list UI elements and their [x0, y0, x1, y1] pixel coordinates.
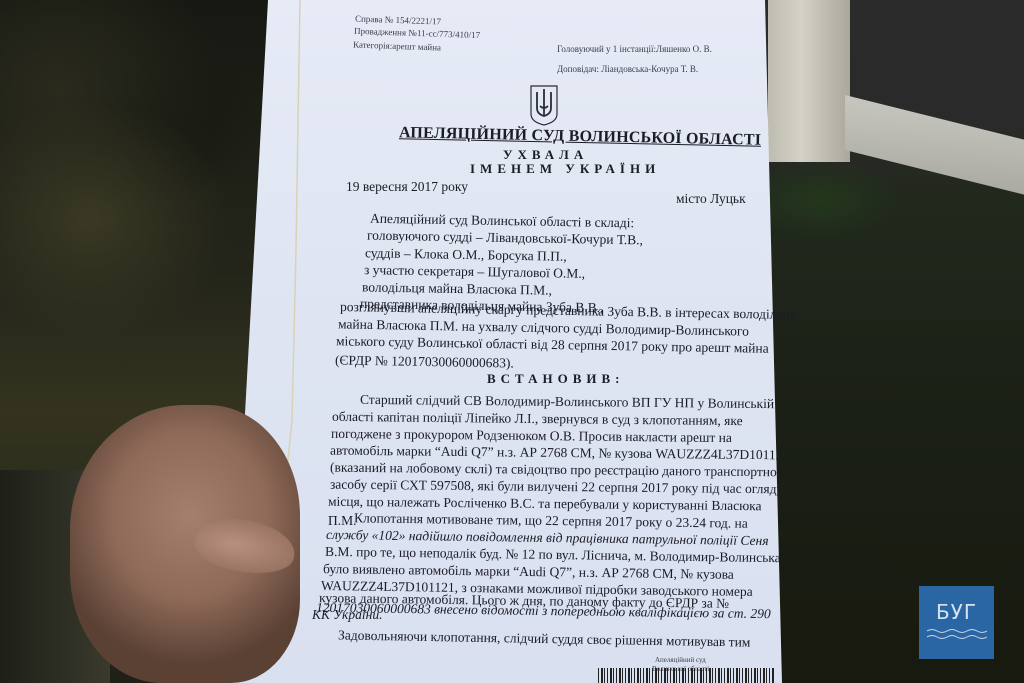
paragraph-line: області капітан поліції Ліпейко Л.І., зв… [332, 410, 743, 428]
composition-line: з участю секретаря – Шугалової О.М., [364, 263, 585, 280]
paragraph-line: погоджене з прокурором Родзенюком О.В. П… [331, 427, 732, 445]
composition-line: головуючого судді – Лівандовської-Кочури… [367, 229, 643, 247]
paragraph-line: Старший слідчий СВ Володимир-Волинського… [360, 393, 774, 411]
paragraph-line: КК України. [312, 608, 382, 622]
document-city: місто Луцьк [676, 192, 746, 206]
watermark-label: БУГ [936, 600, 977, 624]
case-number: Справа № 154/2221/17 [355, 15, 441, 27]
watermark-logo: БУГ [919, 586, 994, 659]
in-name-of-ukraine: ІМЕНЕМ УКРАЇНИ [470, 162, 660, 175]
proceeding-number: Провадження №11-сс/773/410/17 [354, 27, 480, 40]
composition-line: володільця майна Власюка П.М., [362, 280, 552, 297]
first-instance-judge: Головуючий у 1 інстанції:Ляшенко О. В. [557, 45, 712, 54]
composition-line: Апеляційний суд Волинської області в скл… [370, 212, 634, 230]
rapporteur: Доповідач: Ліандовська-Кочура Т. В. [557, 65, 698, 74]
case-category: Категорія:арешт майна [353, 40, 441, 52]
established-heading: ВСТАНОВИВ: [487, 372, 624, 385]
paragraph-line: автомобіль марки “Audi Q7” н.з. АР 2768 … [330, 444, 789, 462]
considered-line: (ЄРДР № 12017030060000683). [335, 353, 514, 370]
document: Справа № 154/2221/17 Провадження №11-сс/… [0, 0, 1024, 683]
trident-icon [528, 84, 560, 126]
waves-icon [927, 628, 987, 640]
document-date: 19 вересня 2017 року [346, 180, 468, 194]
court-name: АПЕЛЯЦІЙНИЙ СУД ВОЛИНСЬКОЇ ОБЛАСТІ [399, 125, 761, 149]
document-type: УХВАЛА [503, 148, 588, 161]
paragraph-line: (вказаний на лобовому склі) та свідоцтво… [330, 461, 789, 479]
paragraph-line: засобу серії СХТ 597508, які були вилуче… [330, 478, 783, 496]
paragraph-line: Задовольняючи клопотання, слідчий суддя … [338, 628, 751, 649]
composition-line: суддів – Клока О.М., Борсука П.П., [365, 246, 567, 263]
barcode [598, 668, 774, 683]
paragraph-line: П.М. [328, 514, 357, 528]
stamp-line: Апеляційний суд [655, 657, 706, 664]
